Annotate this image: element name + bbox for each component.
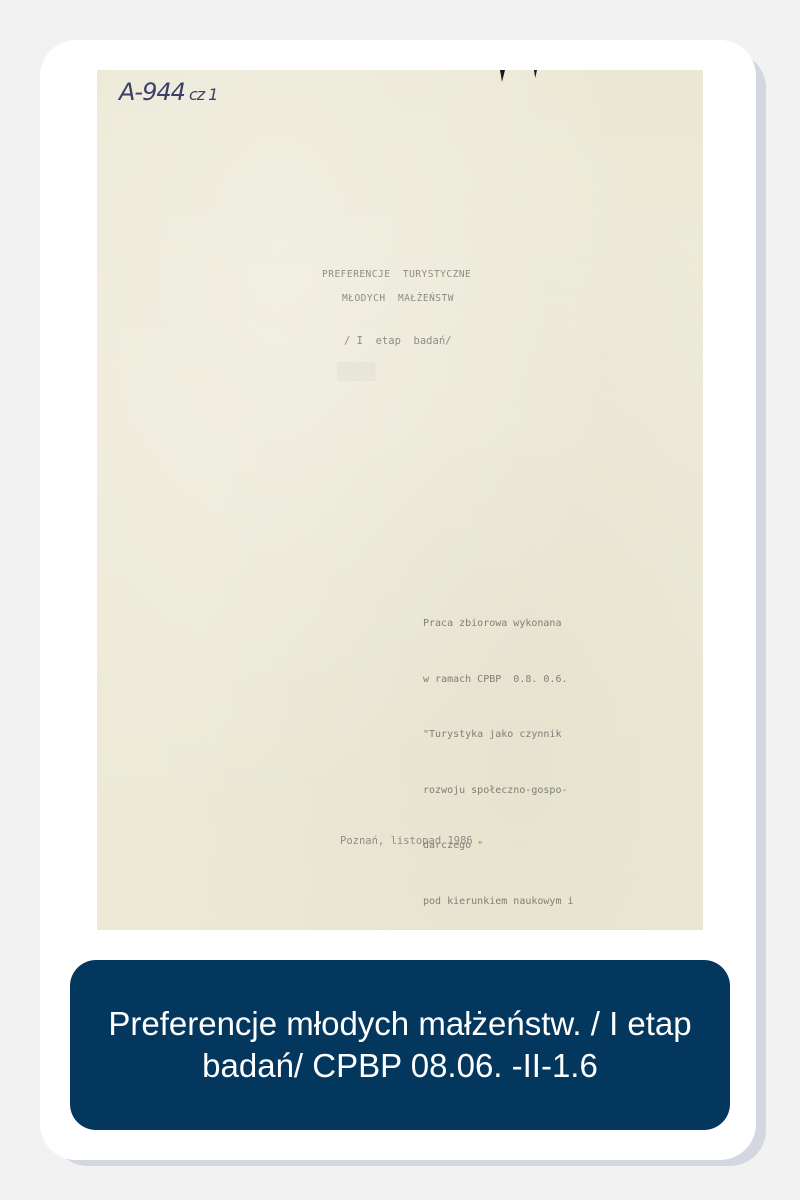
handwritten-reference: A-944 cz 1	[119, 78, 217, 106]
faded-stamp: ▒▒▒▒	[337, 362, 376, 381]
document-scan[interactable]: A-944 cz 1 PREFERENCJE TURYSTYCZNE MŁODY…	[97, 70, 703, 930]
description-line: rozwoju społeczno-gospo-	[423, 782, 622, 801]
document-description: Praca zbiorowa wykonana w ramach CPBP 0.…	[423, 578, 622, 930]
description-line: pod kierunkiem naukowym i	[423, 893, 622, 912]
ink-mark	[500, 70, 505, 82]
document-subtitle: / I etap badań/	[344, 335, 451, 347]
description-line: Praca zbiorowa wykonana	[423, 615, 622, 634]
caption-box[interactable]: Preferencje młodych małżeństw. / I etap …	[70, 960, 730, 1130]
document-title-line-1: PREFERENCJE TURYSTYCZNE	[322, 269, 471, 280]
description-line: "Turystyka jako czynnik	[423, 726, 622, 745]
reference-part: cz 1	[189, 85, 217, 104]
description-line: w ramach CPBP 0.8. 0.6.	[423, 671, 622, 690]
document-title-line-2: MŁODYCH MAŁŻEŃSTW	[342, 293, 454, 304]
ink-mark	[534, 70, 537, 78]
place-date: Poznań, listopad 1986	[340, 835, 473, 847]
caption-title: Preferencje młodych małżeństw. / I etap …	[100, 1003, 700, 1087]
reference-number: A-944	[119, 78, 185, 106]
